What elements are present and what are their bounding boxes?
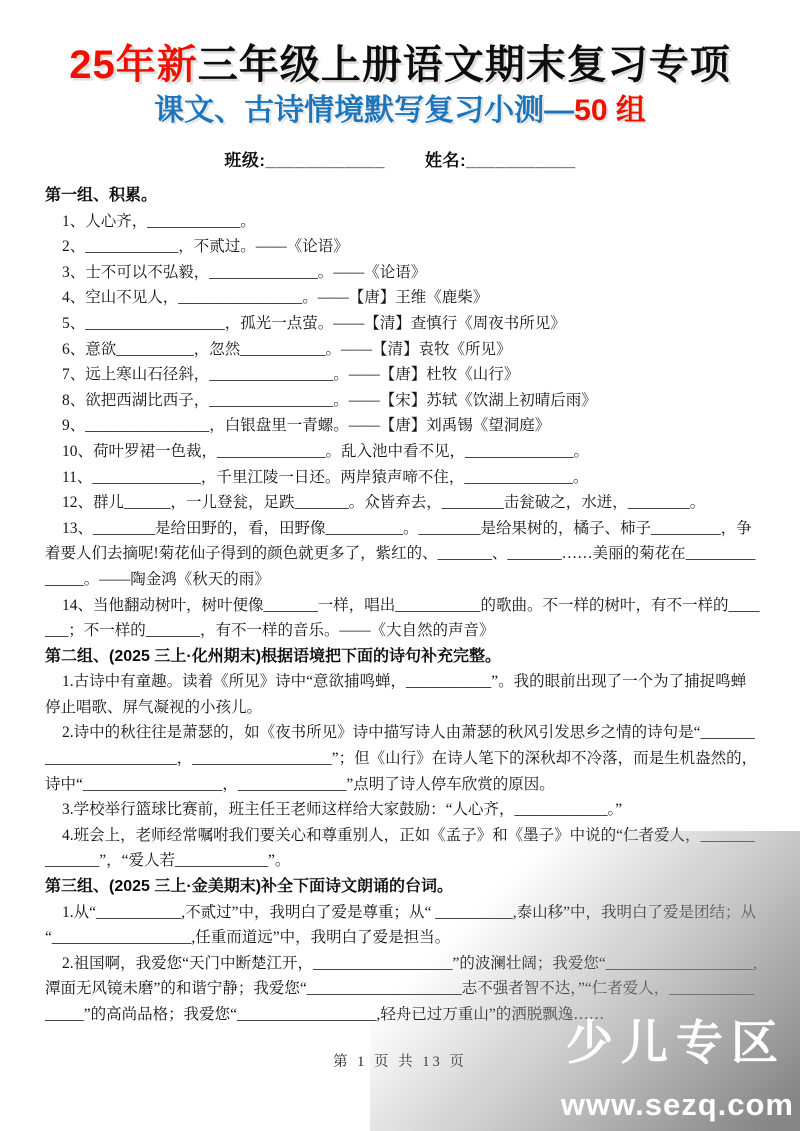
worksheet-line: 8、欲把西湖比西子，________________。——【宋】苏轼《饮湖上初晴… — [45, 388, 760, 414]
worksheet-line: 12、群儿______，一儿登瓮，足跌_______。众皆弃去，________… — [45, 490, 760, 516]
class-blank: ____________ — [266, 151, 385, 170]
worksheet-line: 13、________是给田野的，看，田野像__________。_______… — [45, 516, 760, 593]
watermark-brand-text: 少儿专区 — [566, 1006, 786, 1073]
page-title: 25年新三年级上册语文期末复习专项 — [0, 42, 800, 88]
section-heading: 第三组、(2025 三上·金美期末)补全下面诗文朗诵的台词。 — [45, 874, 760, 900]
sections: 第一组、积累。1、人心齐，____________。2、____________… — [0, 183, 800, 1028]
worksheet-line: 4、空山不见人，________________。——【唐】王维《鹿柴》 — [45, 285, 760, 311]
worksheet-line: 1.古诗中有童趣。读着《所见》诗中“意欲捕鸣蝉，___________”。我的眼… — [45, 669, 760, 720]
worksheet-line: 2、____________，不贰过。——《论语》 — [45, 234, 760, 260]
worksheet-line: 4.班会上，老师经常嘱咐我们要关心和尊重别人，正如《孟子》和《墨子》中说的“仁者… — [45, 823, 760, 874]
worksheet-line: 14、当他翻动树叶，树叶便像_______一样，唱出___________的歌曲… — [45, 593, 760, 644]
worksheet-line: 6、意欲__________，忽然___________。——【清】袁牧《所见》 — [45, 337, 760, 363]
worksheet-line: 3.学校举行篮球比赛前，班主任王老师这样给大家鼓励：“人心齐，_________… — [45, 797, 760, 823]
section: 第一组、积累。1、人心齐，____________。2、____________… — [45, 183, 760, 644]
worksheet-line: 3、士不可以不弘毅，______________。——《论语》 — [45, 260, 760, 286]
title-highlight: 25年新 — [69, 43, 198, 87]
name-blank: ___________ — [466, 151, 576, 170]
worksheet-line: 5、__________________，孤光一点萤。——【清】查慎行《周夜书所… — [45, 311, 760, 337]
worksheet-page: 25年新三年级上册语文期末复习专项 课文、古诗情境默写复习小测—50 组 班级:… — [0, 0, 800, 1131]
watermark-url-text: www.sezq.com — [561, 1087, 794, 1123]
section: 第三组、(2025 三上·金美期末)补全下面诗文朗诵的台词。1.从“______… — [45, 874, 760, 1028]
section-heading: 第二组、(2025 三上·化州期末)根据语境把下面的诗句补充完整。 — [45, 644, 760, 670]
section-heading: 第一组、积累。 — [45, 183, 760, 209]
subtitle-main: 课文、古诗情境默写复习小测— — [154, 94, 574, 127]
worksheet-line: 2.诗中的秋往往是萧瑟的，如《夜书所见》诗中描写诗人由萧瑟的秋风引发思乡之情的诗… — [45, 720, 760, 797]
student-info-line: 班级:____________姓名:___________ — [0, 146, 800, 171]
title-rest: 三年级上册语文期末复习专项 — [198, 43, 731, 87]
worksheet-line: 11、______________，千里江陵一日还。两岸猿声啼不住，______… — [45, 465, 760, 491]
worksheet-line: 9、________________，白银盘里一青螺。——【唐】刘禹锡《望洞庭》 — [45, 413, 760, 439]
page-subtitle: 课文、古诗情境默写复习小测—50 组 — [0, 93, 800, 129]
worksheet-line: 7、远上寒山石径斜，________________。——【唐】杜牧《山行》 — [45, 362, 760, 388]
name-label: 姓名: — [425, 151, 466, 170]
subtitle-count: 50 组 — [574, 94, 646, 127]
worksheet-line: 1.从“___________,不贰过”中，我明白了爱是尊重；从“ ______… — [45, 900, 760, 951]
worksheet-line: 10、荷叶罗裙一色裁，______________。乱入池中看不见，______… — [45, 439, 760, 465]
class-label: 班级: — [224, 151, 265, 170]
section: 第二组、(2025 三上·化州期末)根据语境把下面的诗句补充完整。1.古诗中有童… — [45, 644, 760, 874]
worksheet-line: 1、人心齐，____________。 — [45, 209, 760, 235]
